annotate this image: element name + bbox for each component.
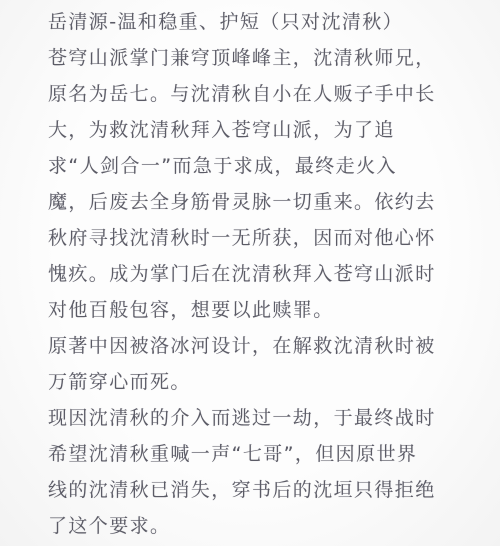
profile-text-line: 万箭穿心而死。 (48, 364, 470, 400)
profile-text-line: 希望沈清秋重喊一声“七哥”，但因原世界 (48, 436, 470, 472)
profile-text-line: 对他百般包容，想要以此赎罪。 (48, 292, 470, 328)
profile-text-line: 大，为救沈清秋拜入苍穹山派，为了追 (48, 112, 470, 148)
profile-text-line: 求“人剑合一”而急于求成，最终走火入 (48, 148, 470, 184)
profile-text-line: 线的沈清秋已消失，穿书后的沈垣只得拒绝 (48, 472, 470, 508)
profile-text-line: 原著中因被洛冰河设计，在解救沈清秋时被 (48, 328, 470, 364)
profile-title-line: 岳清源-温和稳重、护短（只对沈清秋） (48, 4, 470, 40)
profile-text-line: 了这个要求。 (48, 508, 470, 544)
character-profile-document: 岳清源-温和稳重、护短（只对沈清秋） 苍穹山派掌门兼穹顶峰峰主，沈清秋师兄， 原… (0, 0, 500, 546)
profile-text-line: 愧疚。成为掌门后在沈清秋拜入苍穹山派时 (48, 256, 470, 292)
profile-text-line: 原名为岳七。与沈清秋自小在人贩子手中长 (48, 76, 470, 112)
profile-text-line: 现因沈清秋的介入而逃过一劫，于最终战时 (48, 400, 470, 436)
profile-text-line: 秋府寻找沈清秋时一无所获，因而对他心怀 (48, 220, 470, 256)
profile-text-line: 魔，后废去全身筋骨灵脉一切重来。依约去 (48, 184, 470, 220)
profile-text-line: 苍穹山派掌门兼穹顶峰峰主，沈清秋师兄， (48, 40, 470, 76)
